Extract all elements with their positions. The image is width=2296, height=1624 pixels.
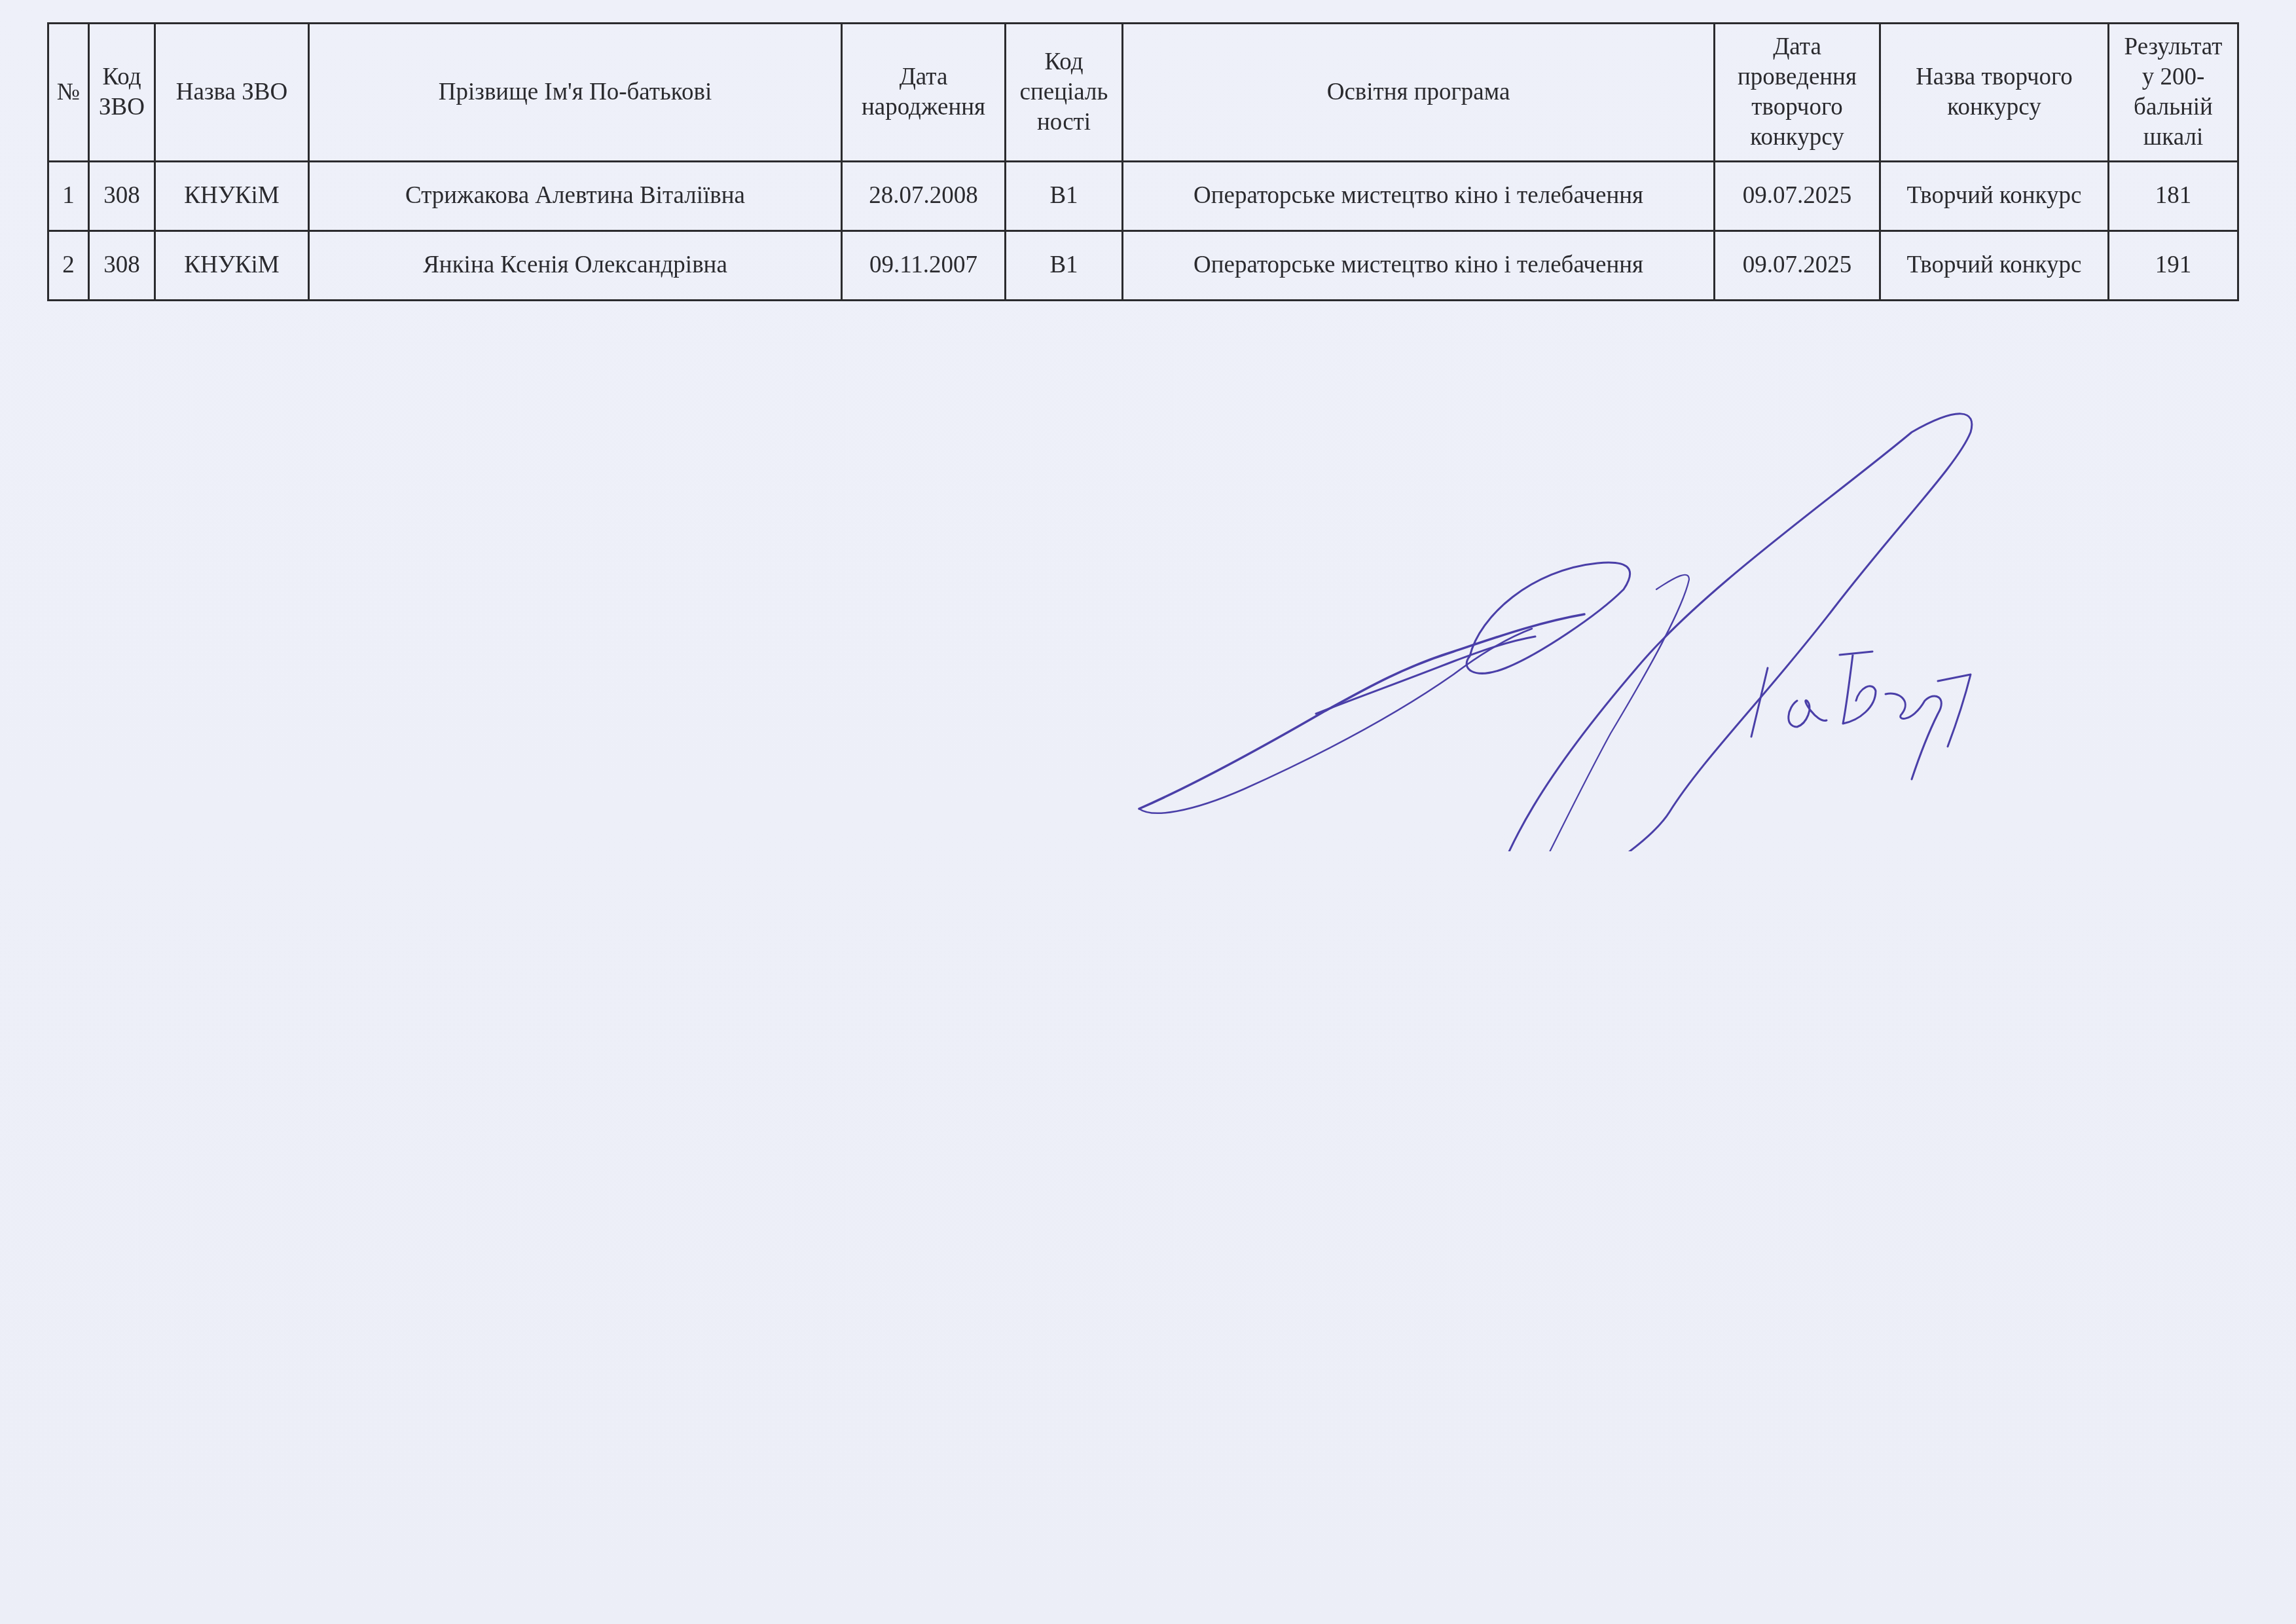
cell-inst-code: 308 xyxy=(89,231,155,301)
header-score: Результат у 200- бальній шкалі xyxy=(2109,24,2238,162)
results-table: № Код ЗВО Назва ЗВО Прізвище Ім'я По-бат… xyxy=(47,22,2239,301)
cell-score: 191 xyxy=(2109,231,2238,301)
cell-no: 2 xyxy=(48,231,89,301)
table-row: 2 308 КНУКіМ Янкіна Ксенія Олександрівна… xyxy=(48,231,2238,301)
cell-birth-date: 28.07.2008 xyxy=(842,162,1006,231)
signature xyxy=(1113,393,2095,851)
cell-contest-name: Творчий конкурс xyxy=(1880,162,2109,231)
cell-spec-code: B1 xyxy=(1006,231,1123,301)
cell-contest-name: Творчий конкурс xyxy=(1880,231,2109,301)
cell-contest-date: 09.07.2025 xyxy=(1715,231,1880,301)
cell-program: Операторське мистецтво кіно і телебаченн… xyxy=(1123,231,1715,301)
cell-full-name: Стрижакова Алевтина Віталіївна xyxy=(309,162,842,231)
cell-score: 181 xyxy=(2109,162,2238,231)
cell-spec-code: B1 xyxy=(1006,162,1123,231)
header-inst-code: Код ЗВО xyxy=(89,24,155,162)
table-row: 1 308 КНУКіМ Стрижакова Алевтина Віталії… xyxy=(48,162,2238,231)
header-contest-name: Назва творчого конкурсу xyxy=(1880,24,2109,162)
header-program: Освітня програма xyxy=(1123,24,1715,162)
cell-birth-date: 09.11.2007 xyxy=(842,231,1006,301)
cell-no: 1 xyxy=(48,162,89,231)
cell-full-name: Янкіна Ксенія Олександрівна xyxy=(309,231,842,301)
header-inst-name: Назва ЗВО xyxy=(155,24,309,162)
header-spec-code: Код спеціаль ності xyxy=(1006,24,1123,162)
cell-program: Операторське мистецтво кіно і телебаченн… xyxy=(1123,162,1715,231)
cell-contest-date: 09.07.2025 xyxy=(1715,162,1880,231)
table-header-row: № Код ЗВО Назва ЗВО Прізвище Ім'я По-бат… xyxy=(48,24,2238,162)
header-birth-date: Дата народження xyxy=(842,24,1006,162)
header-contest-date: Дата проведення творчого конкурсу xyxy=(1715,24,1880,162)
cell-inst-name: КНУКіМ xyxy=(155,162,309,231)
header-full-name: Прізвище Ім'я По-батькові xyxy=(309,24,842,162)
cell-inst-name: КНУКіМ xyxy=(155,231,309,301)
cell-inst-code: 308 xyxy=(89,162,155,231)
header-no: № xyxy=(48,24,89,162)
